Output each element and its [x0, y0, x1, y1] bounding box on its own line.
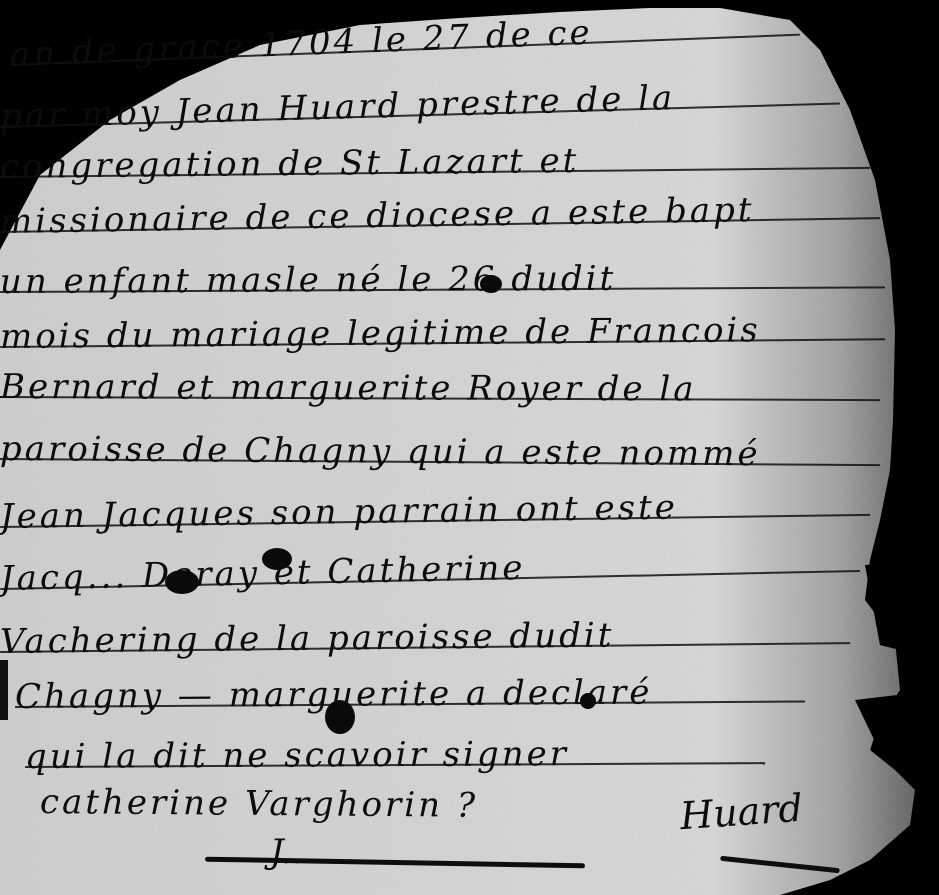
text-line-12: Chagny — marguerite a declaré [15, 674, 805, 714]
ink-blot [580, 693, 596, 709]
text-line-13: qui la dit ne scavoir signer [25, 736, 765, 774]
ink-blot [325, 700, 355, 734]
witness-signature: J... ... [270, 832, 357, 872]
signature-underline-right [720, 856, 840, 874]
ink-blot [165, 570, 199, 594]
text-line-4: missionaire de ce diocese a este bapt [0, 191, 880, 239]
text-line-8: paroisse de Chagny qui a este nommé [0, 432, 880, 472]
priest-signature: Huard [679, 786, 805, 838]
text-line-1: an de grace 1704 le 27 de ce [9, 8, 800, 72]
text-line-6: mois du mariage legitime de Francois [0, 312, 885, 354]
signature-underline-left [205, 857, 585, 869]
scanned-document: an de grace 1704 le 27 de ce par moy Jea… [0, 0, 939, 895]
text-line-5: un enfant masle né le 26 dudit [0, 260, 885, 299]
text-line-3: congregation de St Lazart et [0, 141, 870, 184]
text-line-10: Jacq... Deray et Catherine [0, 544, 860, 596]
text-line-14: catherine Varghorin ? [40, 785, 460, 823]
text-line-11: Vachering de la paroisse dudit [0, 616, 850, 659]
ink-blot [262, 548, 292, 570]
text-line-2: par moy Jean Huard prestre de la [0, 77, 840, 134]
text-line-9: Jean Jacques son parrain ont este [0, 488, 870, 534]
handwritten-text-block: an de grace 1704 le 27 de ce par moy Jea… [0, 0, 939, 895]
ink-blot [480, 275, 502, 293]
text-line-7: Bernard et marguerite Royer de la [0, 370, 880, 407]
